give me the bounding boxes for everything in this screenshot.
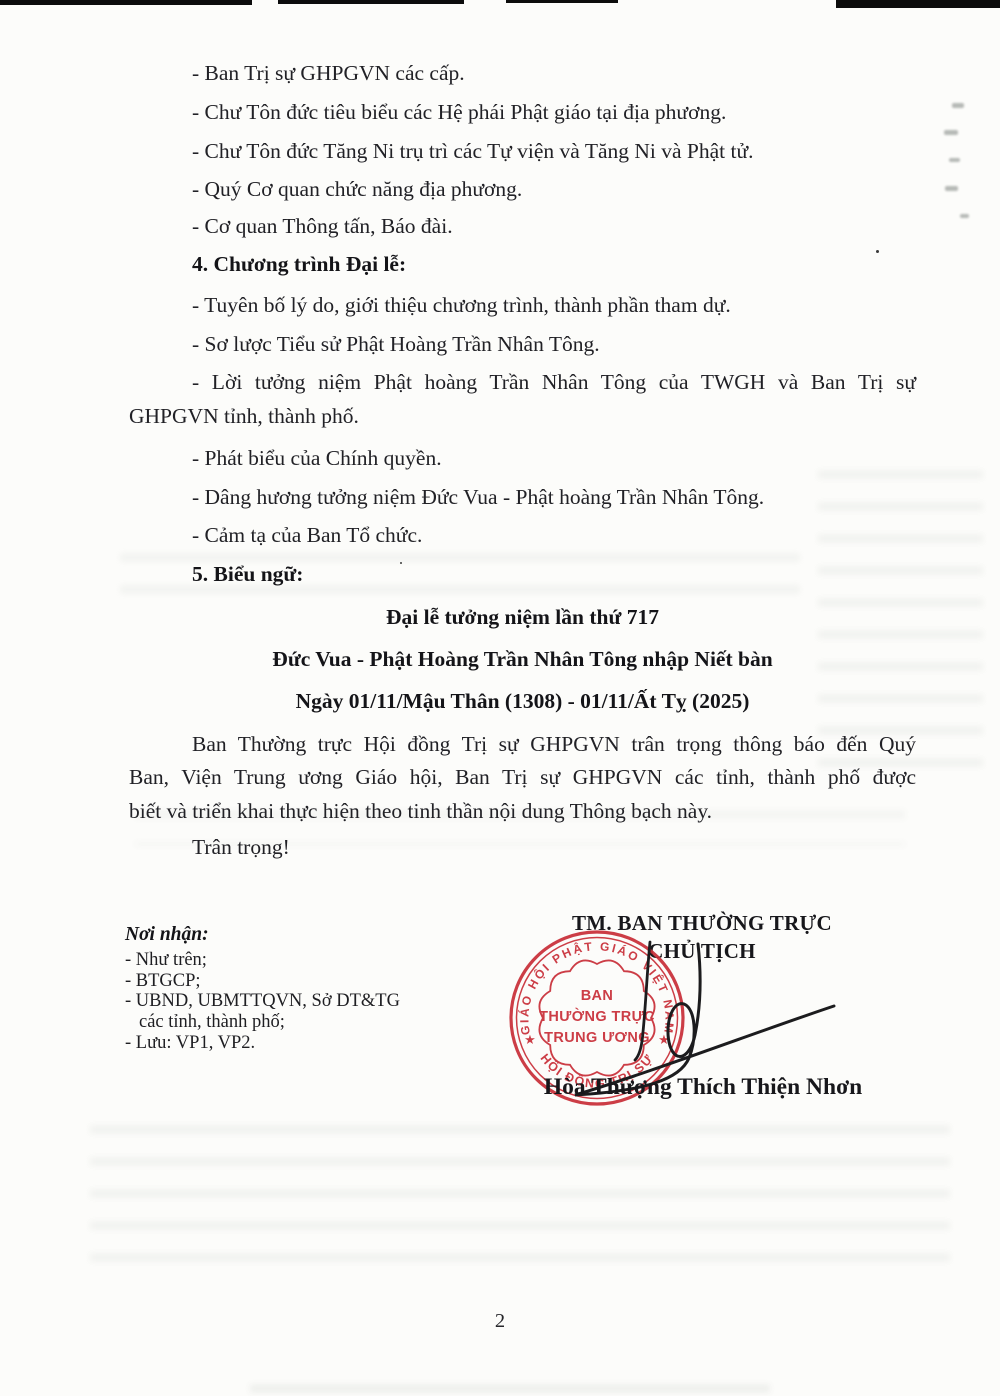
distribution-heading: Nơi nhận: xyxy=(125,925,400,946)
recipient-line: - Quý Cơ quan chức năng địa phương. xyxy=(192,176,522,204)
recipient-line: - Chư Tôn đức Tăng Ni trụ trì các Tự việ… xyxy=(192,138,754,166)
smudge-artifact xyxy=(949,158,960,162)
banner-line: Đại lễ tưởng niệm lần thứ 717 xyxy=(129,604,916,632)
speck-artifact xyxy=(400,562,402,564)
scan-edge-artifact xyxy=(836,0,1000,8)
bleedthrough-artifact xyxy=(250,1384,770,1396)
section4-item: - Cảm tạ của Ban Tổ chức. xyxy=(192,522,422,550)
page-number: 2 xyxy=(0,1310,1000,1333)
smudge-artifact xyxy=(952,103,964,108)
section4-item: - Sơ lược Tiểu sử Phật Hoàng Trần Nhân T… xyxy=(192,331,600,359)
salutation: Trân trọng! xyxy=(192,834,290,862)
distribution-line: - Như trên; xyxy=(125,950,400,971)
document-page: - Ban Trị sự GHPGVN các cấp. - Chư Tôn đ… xyxy=(0,0,1000,1396)
section4-item: - Tuyên bố lý do, giới thiệu chương trìn… xyxy=(192,292,731,320)
section4-heading: 4. Chương trình Đại lễ: xyxy=(192,251,406,279)
recipient-line: - Cơ quan Thông tấn, Báo đài. xyxy=(192,213,453,241)
closing-paragraph-line: Ban, Viện Trung ương Giáo hội, Ban Trị s… xyxy=(129,764,916,792)
scan-edge-artifact xyxy=(278,0,464,4)
section4-item: - Lời tưởng niệm Phật hoàng Trần Nhân Tô… xyxy=(129,369,916,397)
signer-name: Hòa Thượng Thích Thiện Nhơn xyxy=(507,1074,899,1101)
smudge-artifact xyxy=(945,186,958,191)
distribution-line: - Lưu: VP1, VP2. xyxy=(125,1033,400,1054)
closing-paragraph-line: biết và triển khai thực hiện theo tinh t… xyxy=(129,798,712,826)
scan-edge-artifact xyxy=(506,0,618,3)
banner-line: Ngày 01/11/Mậu Thân (1308) - 01/11/Ất Tỵ… xyxy=(129,688,916,716)
section5-heading: 5. Biểu ngữ: xyxy=(192,561,303,589)
recipient-line: - Ban Trị sự GHPGVN các cấp. xyxy=(192,60,465,88)
distribution-line: - BTGCP; xyxy=(125,971,400,992)
closing-paragraph-line: Ban Thường trực Hội đồng Trị sự GHPGVN t… xyxy=(129,731,916,759)
scan-edge-artifact xyxy=(0,0,252,5)
bleedthrough-artifact xyxy=(90,1125,950,1270)
distribution-line: - UBND, UBMTTQVN, Sở DT&TG xyxy=(125,991,400,1012)
section4-item: - Dâng hương tưởng niệm Đức Vua - Phật h… xyxy=(192,484,764,512)
banner-line: Đức Vua - Phật Hoàng Trần Nhân Tông nhập… xyxy=(129,646,916,674)
distribution-line-continued: các tỉnh, thành phố; xyxy=(125,1012,400,1033)
smudge-artifact xyxy=(960,214,969,218)
speck-artifact xyxy=(876,250,879,253)
distribution-list: Nơi nhận: - Như trên; - BTGCP; - UBND, U… xyxy=(125,925,400,1054)
smudge-artifact xyxy=(944,130,958,135)
section4-item: - Phát biểu của Chính quyền. xyxy=(192,445,442,473)
recipient-line: - Chư Tôn đức tiêu biểu các Hệ phái Phật… xyxy=(192,99,726,127)
section4-item-continued: GHPGVN tỉnh, thành phố. xyxy=(129,403,359,431)
